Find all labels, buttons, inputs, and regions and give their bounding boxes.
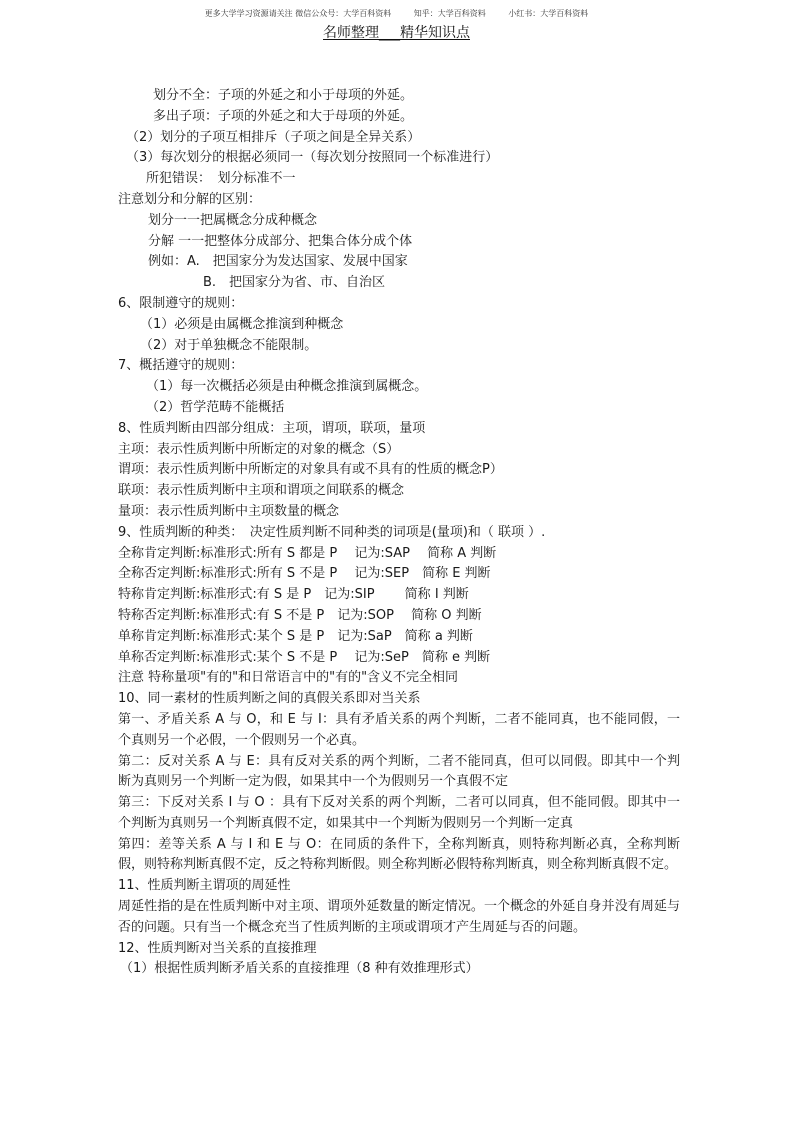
text-line: （3）每次划分的根据必须同一（每次划分按照同一个标准进行） [118, 148, 680, 169]
banner-wechat: 更多大学学习资源请关注 微信公众号：大学百科资料 [205, 9, 392, 18]
document-body: 划分不全：子项的外延之和小于母项的外延。 多出子项：子项的外延之和大于母项的外延… [118, 86, 680, 980]
source-banner: 更多大学学习资源请关注 微信公众号：大学百科资料 知乎：大学百科资料 小红书：大… [0, 8, 793, 19]
text-line: 主项：表示性质判断中所断定的对象的概念（S） [118, 440, 680, 461]
paragraph-subcontrary: 第三：下反对关系 I 与 O ：具有下反对关系的两个判断，二者可以同真，但不能同… [118, 793, 680, 835]
text-line: 谓项：表示性质判断中所断定的对象具有或不具有的性质的概念P） [118, 460, 680, 481]
text-line: B. 把国家分为省、市、自治区 [118, 273, 680, 294]
text-line: 分解 一一把整体分成部分、把集合体分成个体 [118, 232, 680, 253]
text-line: （2）划分的子项互相排斥（子项之间是全异关系） [118, 128, 680, 149]
text-line: 量项：表示性质判断中主项数量的概念 [118, 502, 680, 523]
section-heading: 11、性质判断主谓项的周延性 [118, 876, 680, 897]
text-line: （2）对于单独概念不能限制。 [118, 336, 680, 357]
section-heading: 6、限制遵守的规则： [118, 294, 680, 315]
text-line: 所犯错误： 划分标准不一 [118, 169, 680, 190]
text-line: 全称肯定判断:标准形式:所有 S 都是 P 记为:SAP 简称 A 判断 [118, 544, 680, 565]
text-line: 单称肯定判断:标准形式:某个 S 是 P 记为:SaP 简称 a 判断 [118, 627, 680, 648]
paragraph-subalternation: 第四：差等关系 A 与 I 和 E 与 O：在同质的条件下，全称判断真，则特称判… [118, 835, 680, 877]
section-heading: 注意划分和分解的区别： [118, 190, 680, 211]
paragraph-distribution: 周延性指的是在性质判断中对主项、谓项外延数量的断定情况。一个概念的外延自身并没有… [118, 897, 680, 939]
text-line: 全称否定判断:标准形式:所有 S 不是 P 记为:SEP 简称 E 判断 [118, 564, 680, 585]
text-line: （1）每一次概括必须是由种概念推演到属概念。 [118, 377, 680, 398]
banner-xiaohongshu: 小红书：大学百科资料 [508, 9, 588, 18]
section-heading: 10、同一素材的性质判断之间的真假关系即对当关系 [118, 689, 680, 710]
paragraph-contrary: 第二：反对关系 A 与 E：具有反对关系的两个判断，二者不能同真，但可以同假。即… [118, 752, 680, 794]
text-line: 联项：表示性质判断中主项和谓项之间联系的概念 [118, 481, 680, 502]
text-line: 注意 特称量项"有的"和日常语言中的"有的"含义不完全相同 [118, 668, 680, 689]
section-heading: 12、性质判断对当关系的直接推理 [118, 939, 680, 960]
text-line: 特称肯定判断:标准形式:有 S 是 P 记为:SIP 简称 I 判断 [118, 585, 680, 606]
section-heading: 9、性质判断的种类： 决定性质判断不同种类的词项是(量项)和（ 联项 ）. [118, 523, 680, 544]
text-line: （1）必须是由属概念推演到种概念 [118, 315, 680, 336]
text-line: （1）根据性质判断矛盾关系的直接推理（8 种有效推理形式） [118, 959, 680, 980]
text-line: 特称否定判断:标准形式:有 S 不是 P 记为:SOP 简称 O 判断 [118, 606, 680, 627]
text-line: 例如：A. 把国家分为发达国家、发展中国家 [118, 252, 680, 273]
section-heading: 7、概括遵守的规则： [118, 356, 680, 377]
text-line: 单称否定判断:标准形式:某个 S 不是 P 记为:SeP 简称 e 判断 [118, 648, 680, 669]
text-line: 划分一一把属概念分成种概念 [118, 211, 680, 232]
text-line: 多出子项：子项的外延之和大于母项的外延。 [118, 107, 680, 128]
text-line: 划分不全：子项的外延之和小于母项的外延。 [118, 86, 680, 107]
paragraph-contradiction: 第一、矛盾关系 A 与 O，和 E 与 I：具有矛盾关系的两个判断，二者不能同真… [118, 710, 680, 752]
page-title-text: 名师整理___精华知识点 [323, 25, 470, 41]
banner-zhihu: 知乎：大学百科资料 [414, 9, 486, 18]
text-line: （2）哲学范畴不能概括 [118, 398, 680, 419]
section-heading: 8、性质判断由四部分组成：主项，谓项，联项，量项 [118, 419, 680, 440]
page-title: 名师整理___精华知识点 [0, 22, 793, 42]
